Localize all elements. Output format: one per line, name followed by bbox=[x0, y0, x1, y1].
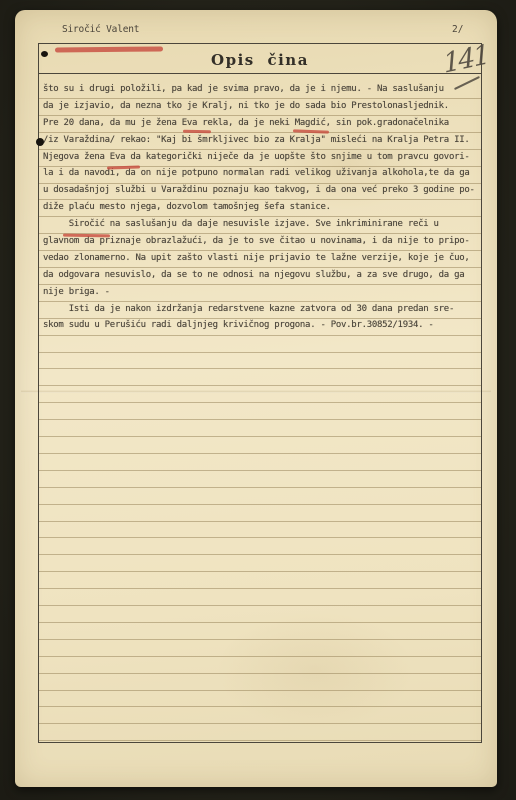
ink-dot-margin-top bbox=[41, 51, 48, 57]
ruled-line bbox=[39, 690, 481, 691]
ruled-line bbox=[39, 639, 481, 640]
ruled-line bbox=[39, 487, 481, 488]
ruled-line bbox=[39, 673, 481, 674]
ruled-line bbox=[39, 504, 481, 505]
typed-line-12: da odgovara nesuvislo, da se to ne odnos… bbox=[43, 267, 481, 284]
ruled-line bbox=[39, 521, 481, 522]
ruled-line bbox=[39, 554, 481, 555]
ruled-line bbox=[39, 723, 481, 724]
ruled-line bbox=[39, 740, 481, 741]
ruled-line bbox=[39, 436, 481, 437]
ruled-line bbox=[39, 605, 481, 606]
form-frame: Opis čina što su i drugi položili, pa ka… bbox=[38, 43, 482, 743]
typed-line-15: skom sudu u Perušiću radi daljnjeg krivi… bbox=[43, 317, 481, 334]
red-underline-eva-1 bbox=[183, 130, 211, 133]
ruled-line bbox=[39, 402, 481, 403]
typed-text-block: što su i drugi položili, pa kad je svima… bbox=[43, 81, 481, 334]
typed-line-5: Njegova žena Eva da kategorički niječe d… bbox=[43, 149, 481, 166]
ruled-line bbox=[39, 335, 481, 336]
header-subject-name: Siročić Valent bbox=[62, 24, 139, 35]
ruled-line bbox=[39, 622, 481, 623]
page-number: 2/ bbox=[452, 24, 463, 35]
form-title: Opis čina bbox=[211, 51, 309, 69]
typed-line-11: vedao zlonamerno. Na upit zašto vlasti n… bbox=[43, 250, 481, 267]
ruled-line bbox=[39, 706, 481, 707]
ruled-line bbox=[39, 470, 481, 471]
typed-line-4: /iz Varaždina/ rekao: "Kaj bi šmrkljivec… bbox=[43, 132, 481, 149]
typed-line-8: diže plaću mesto njega, dozvolom tamošnj… bbox=[43, 199, 481, 216]
typed-line-14: Isti da je nakon izdržanja redarstvene k… bbox=[43, 301, 481, 318]
ruled-line bbox=[39, 368, 481, 369]
ruled-line bbox=[39, 352, 481, 353]
ruled-line bbox=[39, 453, 481, 454]
ruled-line bbox=[39, 656, 481, 657]
typed-line-13: nije briga. - bbox=[43, 284, 481, 301]
ruled-line bbox=[39, 588, 481, 589]
typed-line-3: Pre 20 dana, da mu je žena Eva rekla, da… bbox=[43, 115, 481, 132]
ruled-line bbox=[39, 385, 481, 386]
ruled-line bbox=[39, 571, 481, 572]
scanned-document-background: Siročić Valent 2/ Opis čina što su i dru… bbox=[0, 0, 516, 800]
paper-sheet: Siročić Valent 2/ Opis čina što su i dru… bbox=[15, 10, 497, 787]
typed-line-1: što su i drugi položili, pa kad je svima… bbox=[43, 81, 481, 98]
ruled-line bbox=[39, 537, 481, 538]
ink-dot-margin-line4 bbox=[36, 138, 44, 146]
typed-line-9: Siročić na saslušanju da daje nesuvisle … bbox=[43, 216, 481, 233]
typed-line-7: u dosadašnjoj službi u Varaždinu poznaju… bbox=[43, 182, 481, 199]
ruled-line bbox=[39, 419, 481, 420]
typed-line-2: da je izjavio, da nezna tko je Kralj, ni… bbox=[43, 98, 481, 115]
